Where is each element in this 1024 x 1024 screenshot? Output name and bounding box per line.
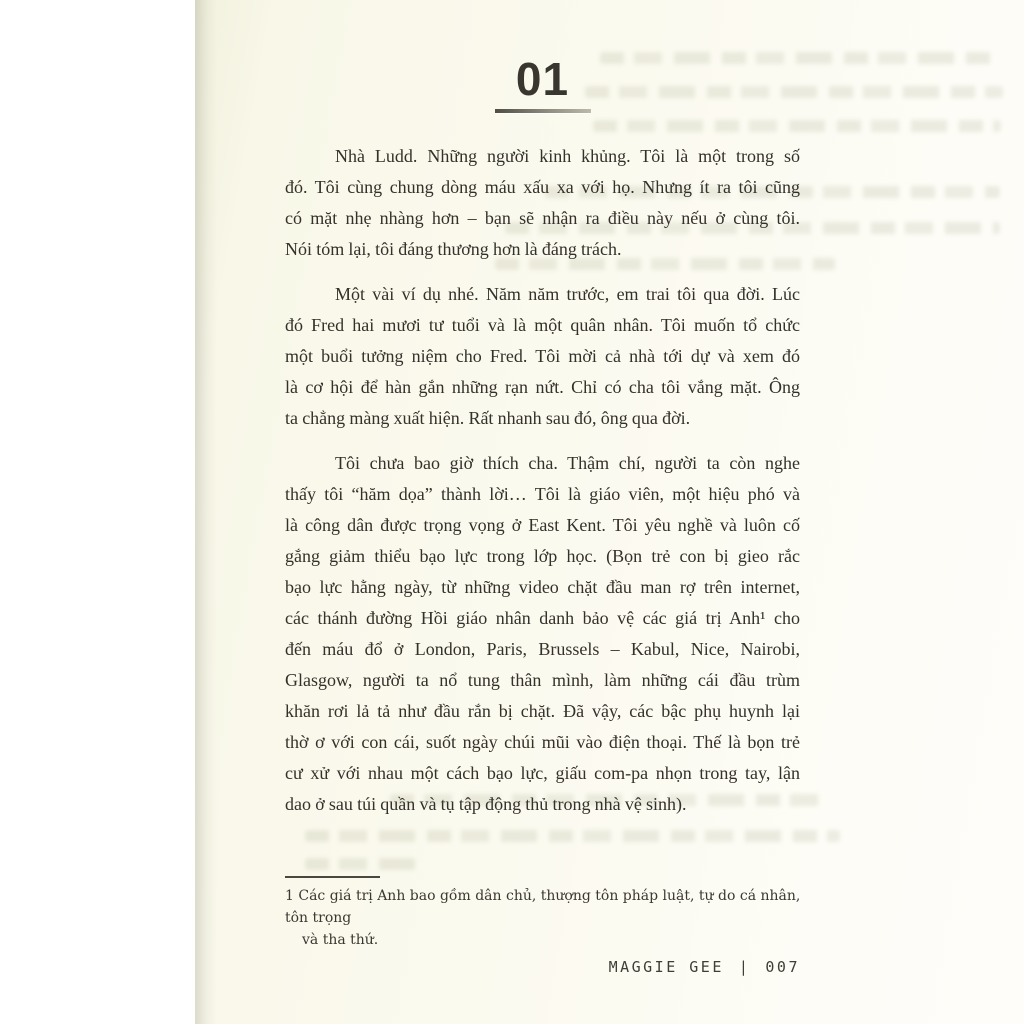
page-footer: MAGGIE GEE | 007 [609,958,800,976]
text-line: Một vài ví dụ nhé. Năm năm trước, em tra… [285,279,800,310]
paragraph-3: Tôi chưa bao giờ thích cha. Thậm chí, ng… [285,448,800,820]
page-number: 007 [765,958,800,976]
text-line: là cơ hội để hàn gắn những rạn nứt. Chỉ … [285,372,800,403]
text-line: đến máu đổ ở London, Paris, Brussels – K… [285,634,800,665]
text-line: Glasgow, người ta nổ tung thân mình, làm… [285,665,800,696]
text-line: bạo lực hằng ngày, từ những video chặt đ… [285,572,800,603]
text-line: Tôi chưa bao giờ thích cha. Thậm chí, ng… [285,448,800,479]
text-line: Nhà Ludd. Những người kinh khủng. Tôi là… [285,141,800,172]
text-line: cư xử với nhau một cách bạo lực, giấu co… [285,758,800,789]
text-line: đó Fred hai mươi tư tuổi và là một quân … [285,310,800,341]
text-line: đó. Tôi cùng chung dòng máu xấu xa với h… [285,172,800,203]
text-line: các thánh đường Hồi giáo nhân danh bảo v… [285,603,800,634]
text-column: 01 Nhà Ludd. Những người kinh khủng. Tôi… [285,56,800,820]
text-line: gắng giảm thiểu bạo lực trong lớp học. (… [285,541,800,572]
text-line: một buổi tưởng niệm cho Fred. Tôi mời cả… [285,341,800,372]
text-line: ta chẳng màng xuất hiện. Rất nhanh sau đ… [285,403,800,434]
text-line: là công dân được trọng vọng ở East Kent.… [285,510,800,541]
text-line: thờ ơ với con cái, suốt ngày chúi mũi và… [285,727,800,758]
footer-separator: | [739,958,751,976]
paragraph-2: Một vài ví dụ nhé. Năm năm trước, em tra… [285,279,800,434]
text-line: dao ở sau túi quần và tụ tập động thủ tr… [285,789,800,820]
text-line: thấy tôi “hăm dọa” thành lời… Tôi là giá… [285,479,800,510]
chapter-number: 01 [285,56,800,102]
book-page: 01 Nhà Ludd. Những người kinh khủng. Tôi… [195,0,1024,1024]
footnote-section: 1 Các giá trị Anh bao gồm dân chủ, thượn… [285,876,805,951]
footnote-line: 1 Các giá trị Anh bao gồm dân chủ, thượn… [285,885,805,929]
text-line: Nói tóm lại, tôi đáng thương hơn là đáng… [285,234,800,265]
bleed-through-text [305,858,425,870]
text-line: có mặt nhẹ nhàng hơn – bạn sẽ nhận ra đi… [285,203,800,234]
paragraph-1: Nhà Ludd. Những người kinh khủng. Tôi là… [285,141,800,265]
book-page-scan: 01 Nhà Ludd. Những người kinh khủng. Tôi… [0,0,1024,1024]
chapter-header: 01 [285,56,800,113]
footnote-line: và tha thứ. [285,929,805,951]
text-line: khăn rơi lả tả như đầu rắn bị chặt. Đã v… [285,696,800,727]
body-text: Nhà Ludd. Những người kinh khủng. Tôi là… [285,141,800,820]
author-name: MAGGIE GEE [609,958,724,976]
bleed-through-text [305,830,840,842]
chapter-underline [495,109,591,113]
footnote-divider [285,876,380,878]
